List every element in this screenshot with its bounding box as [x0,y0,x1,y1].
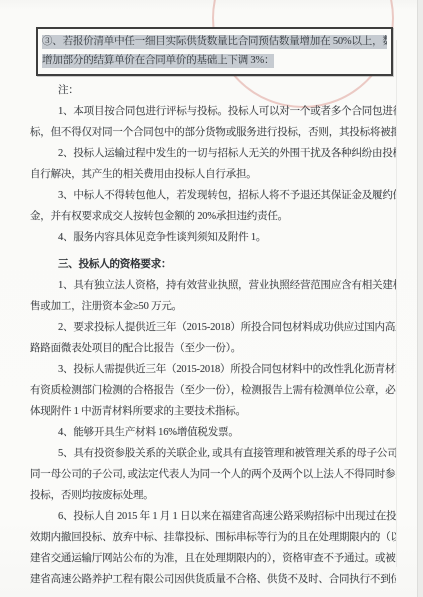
doc-line: 4、服务内容具体见竞争性谈判须知及附件 1。 [30,227,396,248]
doc-line: 建省高速公路养护工程有限公司因供货质量不合格、供货不及时、合同执行不到位等 [30,569,396,590]
document-body: 注： 1、本项目按合同包进行评标与投标。投标人可以对一个或者多个合同包进行投 标… [30,80,396,590]
doc-line: 5、具有投资参股关系的关联企业, 或具有直接管理和被管理关系的母子公司, 或 [30,443,396,464]
page-fold-line [396,40,397,567]
doc-line: 路路面微表处项目的配合比报告（至少一份）。 [30,338,396,359]
section-3-heading: 三、投标人的资格要求： [30,254,396,275]
doc-line: 建省交通运输厅网站公布的为准，且在处理期限内的），资格审查不予通过。或被福 [30,548,396,569]
doc-line: 2、投标人运输过程中发生的一切与招标人无关的外围干扰及各种纠纷由投标人 [30,143,396,164]
doc-line: 3、投标人需提供近三年（2015-2018）所投合同包材料中的改性乳化沥青材料经 [30,359,396,380]
highlighted-clause-box: ③、若报价清单中任一细目实际供货数量比合同预估数量增加在 50%以上，数量 增加… [36,27,393,76]
doc-line: 效期内撤回投标、放弃中标、挂靠投标、围标串标等行为的且在处理期限内的（以福 [30,527,396,548]
scanned-document-page: ③、若报价清单中任一细目实际供货数量比合同预估数量增加在 50%以上，数量 增加… [0,0,423,597]
doc-line: 3、中标人不得转包他人，若发现转包，招标人将不予退还其保证金及履约保证 [30,185,396,206]
doc-line: 4、能够开具生产材料 16%增值税发票。 [30,422,396,443]
clause-line: ③、若报价清单中任一细目实际供货数量比合同预估数量增加在 50%以上，数量 [42,32,387,51]
doc-line: 1、本项目按合同包进行评标与投标。投标人可以对一个或者多个合同包进行投 [30,101,396,122]
doc-line: 投标，否则均按废标处理。 [30,485,396,506]
doc-line: 6、投标人自 2015 年 1 月 1 日以来在福建省高速公路采购招标中出现过在… [30,506,396,527]
clause-highlight: 增加部分的结算单价在合同单价的基础上下调 3%： [42,54,274,68]
doc-line: 自行解决，其产生的相关费用由投标人自行承担。 [30,164,396,185]
doc-line: 2、要求投标人提供近三年（2015-2018）所投合同包材料成功供应过国内高速公 [30,317,396,338]
doc-line: 标，但不得仅对同一个合同包中的部分货物或服务进行投标，否则，其投标将被拒绝。 [30,122,396,143]
doc-line: 体现附件 1 中沥青材料所要求的主要技术指标。 [30,401,396,422]
clause-highlight: ③、若报价清单中任一细目实际供货数量比合同预估数量增加在 50%以上，数量 [42,35,387,49]
doc-line: 售或加工，注册资本金≥50 万元。 [30,296,396,317]
doc-line: 金，并有权要求成交人按转包金额的 20%承担违约责任。 [30,206,396,227]
page-edge-shadow [417,0,423,597]
doc-line: 同一母公司的子公司, 或法定代表人为同一个人的两个及两个以上法人不得同时参加 [30,464,396,485]
note-label: 注： [30,80,396,101]
doc-line: 1、具有独立法人资格，持有效营业执照，营业执照经营范围应含有相关建材销 [30,275,396,296]
clause-line: 增加部分的结算单价在合同单价的基础上下调 3%： [42,51,387,70]
doc-line: 有资质检测部门检测的合格报告（至少一份），检测报告上需有检测单位公章，必须 [30,380,396,401]
